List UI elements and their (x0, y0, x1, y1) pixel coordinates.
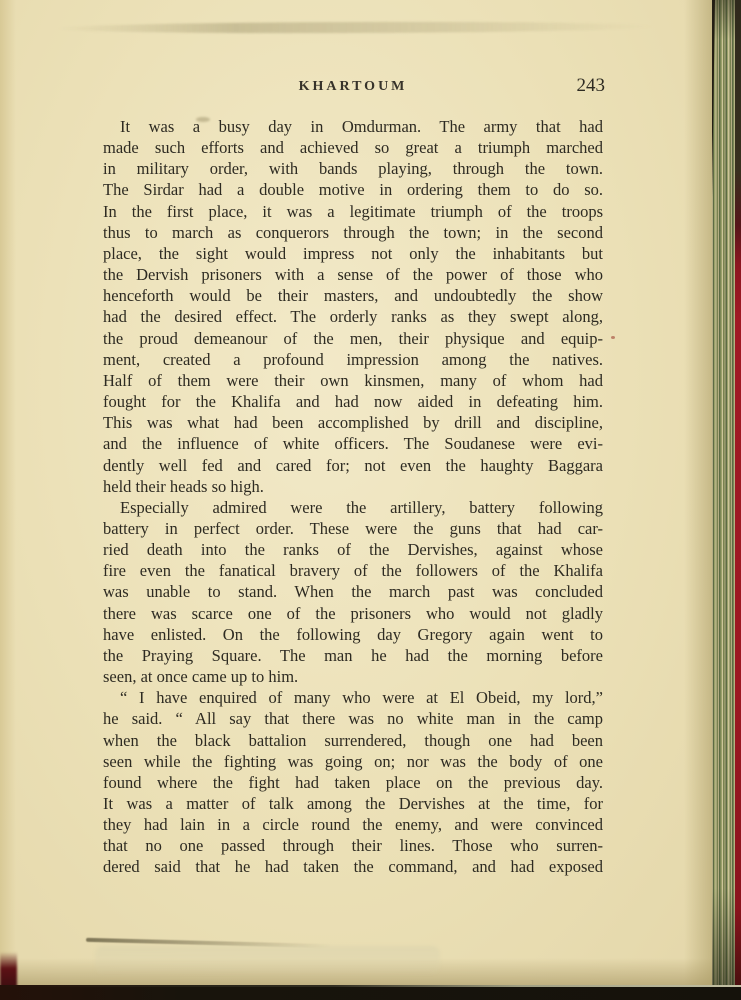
text-line: had the desired effect. The orderly rank… (103, 306, 603, 327)
text-line: they had lain in a circle round the enem… (103, 814, 603, 835)
paper-speck (611, 336, 615, 339)
paragraph: “ I have enquired of many who were at El… (103, 687, 603, 877)
book-bottom-edge (0, 985, 741, 1000)
text-line: and the influence of white officers. The… (103, 433, 603, 454)
text-column: KHARTOUM 243 It was a busy day in Omdurm… (103, 79, 603, 878)
text-line: “ I have enquired of many who were at El… (103, 687, 603, 708)
text-line: fought for the Khalifa and had now aided… (103, 391, 603, 412)
page-number: 243 (577, 75, 606, 97)
text-line: seen while the fighting was going on; no… (103, 751, 603, 772)
text-line: in military order, with bands playing, t… (103, 158, 603, 179)
text-line: This was what had been accomplished by d… (103, 412, 603, 433)
text-line: In the first place, it was a legitimate … (103, 201, 603, 222)
text-line: It was a busy day in Omdurman. The army … (103, 116, 603, 137)
text-line: thus to march as conquerors through the … (103, 222, 603, 243)
text-line: battery in perfect order. These were the… (103, 518, 603, 539)
paragraph: It was a busy day in Omdurman. The army … (103, 116, 603, 497)
text-line: henceforth would be their masters, and u… (103, 285, 603, 306)
page-curvature-shadow-top (55, 21, 655, 34)
text-line: when the black battalion surrendered, th… (103, 730, 603, 751)
text-line: the proud demeanour of the men, their ph… (103, 328, 603, 349)
text-line: the Dervish prisoners with a sense of th… (103, 264, 603, 285)
text-line: there was scarce one of the prisoners wh… (103, 603, 603, 624)
text-line: Especially admired were the artillery, b… (103, 497, 603, 518)
text-line: ment, created a profound impression amon… (103, 349, 603, 370)
book-scan: KHARTOUM 243 It was a busy day in Omdurm… (0, 0, 741, 1000)
text-line: made such efforts and achieved so great … (103, 137, 603, 158)
text-line: dered said that he had taken the command… (103, 856, 603, 877)
text-line: place, the sight would impress not only … (103, 243, 603, 264)
text-line: ried death into the ranks of the Dervish… (103, 539, 603, 560)
page-header-row: KHARTOUM 243 (103, 79, 603, 101)
text-line: fire even the fanatical bravery of the f… (103, 560, 603, 581)
text-line: have enlisted. On the following day Greg… (103, 624, 603, 645)
running-header: KHARTOUM (103, 79, 603, 95)
text-line: found where the fight had taken place on… (103, 772, 603, 793)
page-light-smear-bottom (95, 946, 440, 974)
text-line: that no one passed through their lines. … (103, 835, 603, 856)
text-line: was unable to stand. When the march past… (103, 581, 603, 602)
book-page: KHARTOUM 243 It was a busy day in Omdurm… (0, 0, 712, 986)
cover-corner-maroon (0, 952, 17, 988)
text-line: It was a matter of talk among the Dervis… (103, 793, 603, 814)
text-line: The Sirdar had a double motive in orderi… (103, 179, 603, 200)
page-text: It was a busy day in Omdurman. The army … (103, 116, 603, 878)
text-line: he said. “ All say that there was no whi… (103, 708, 603, 729)
paragraph: Especially admired were the artillery, b… (103, 497, 603, 687)
text-line: held their heads so high. (103, 476, 603, 497)
text-line: dently well fed and cared for; not even … (103, 455, 603, 476)
text-line: the Praying Square. The man he had the m… (103, 645, 603, 666)
text-line: Half of them were their own kinsmen, man… (103, 370, 603, 391)
text-line: seen, at once came up to him. (103, 666, 603, 687)
